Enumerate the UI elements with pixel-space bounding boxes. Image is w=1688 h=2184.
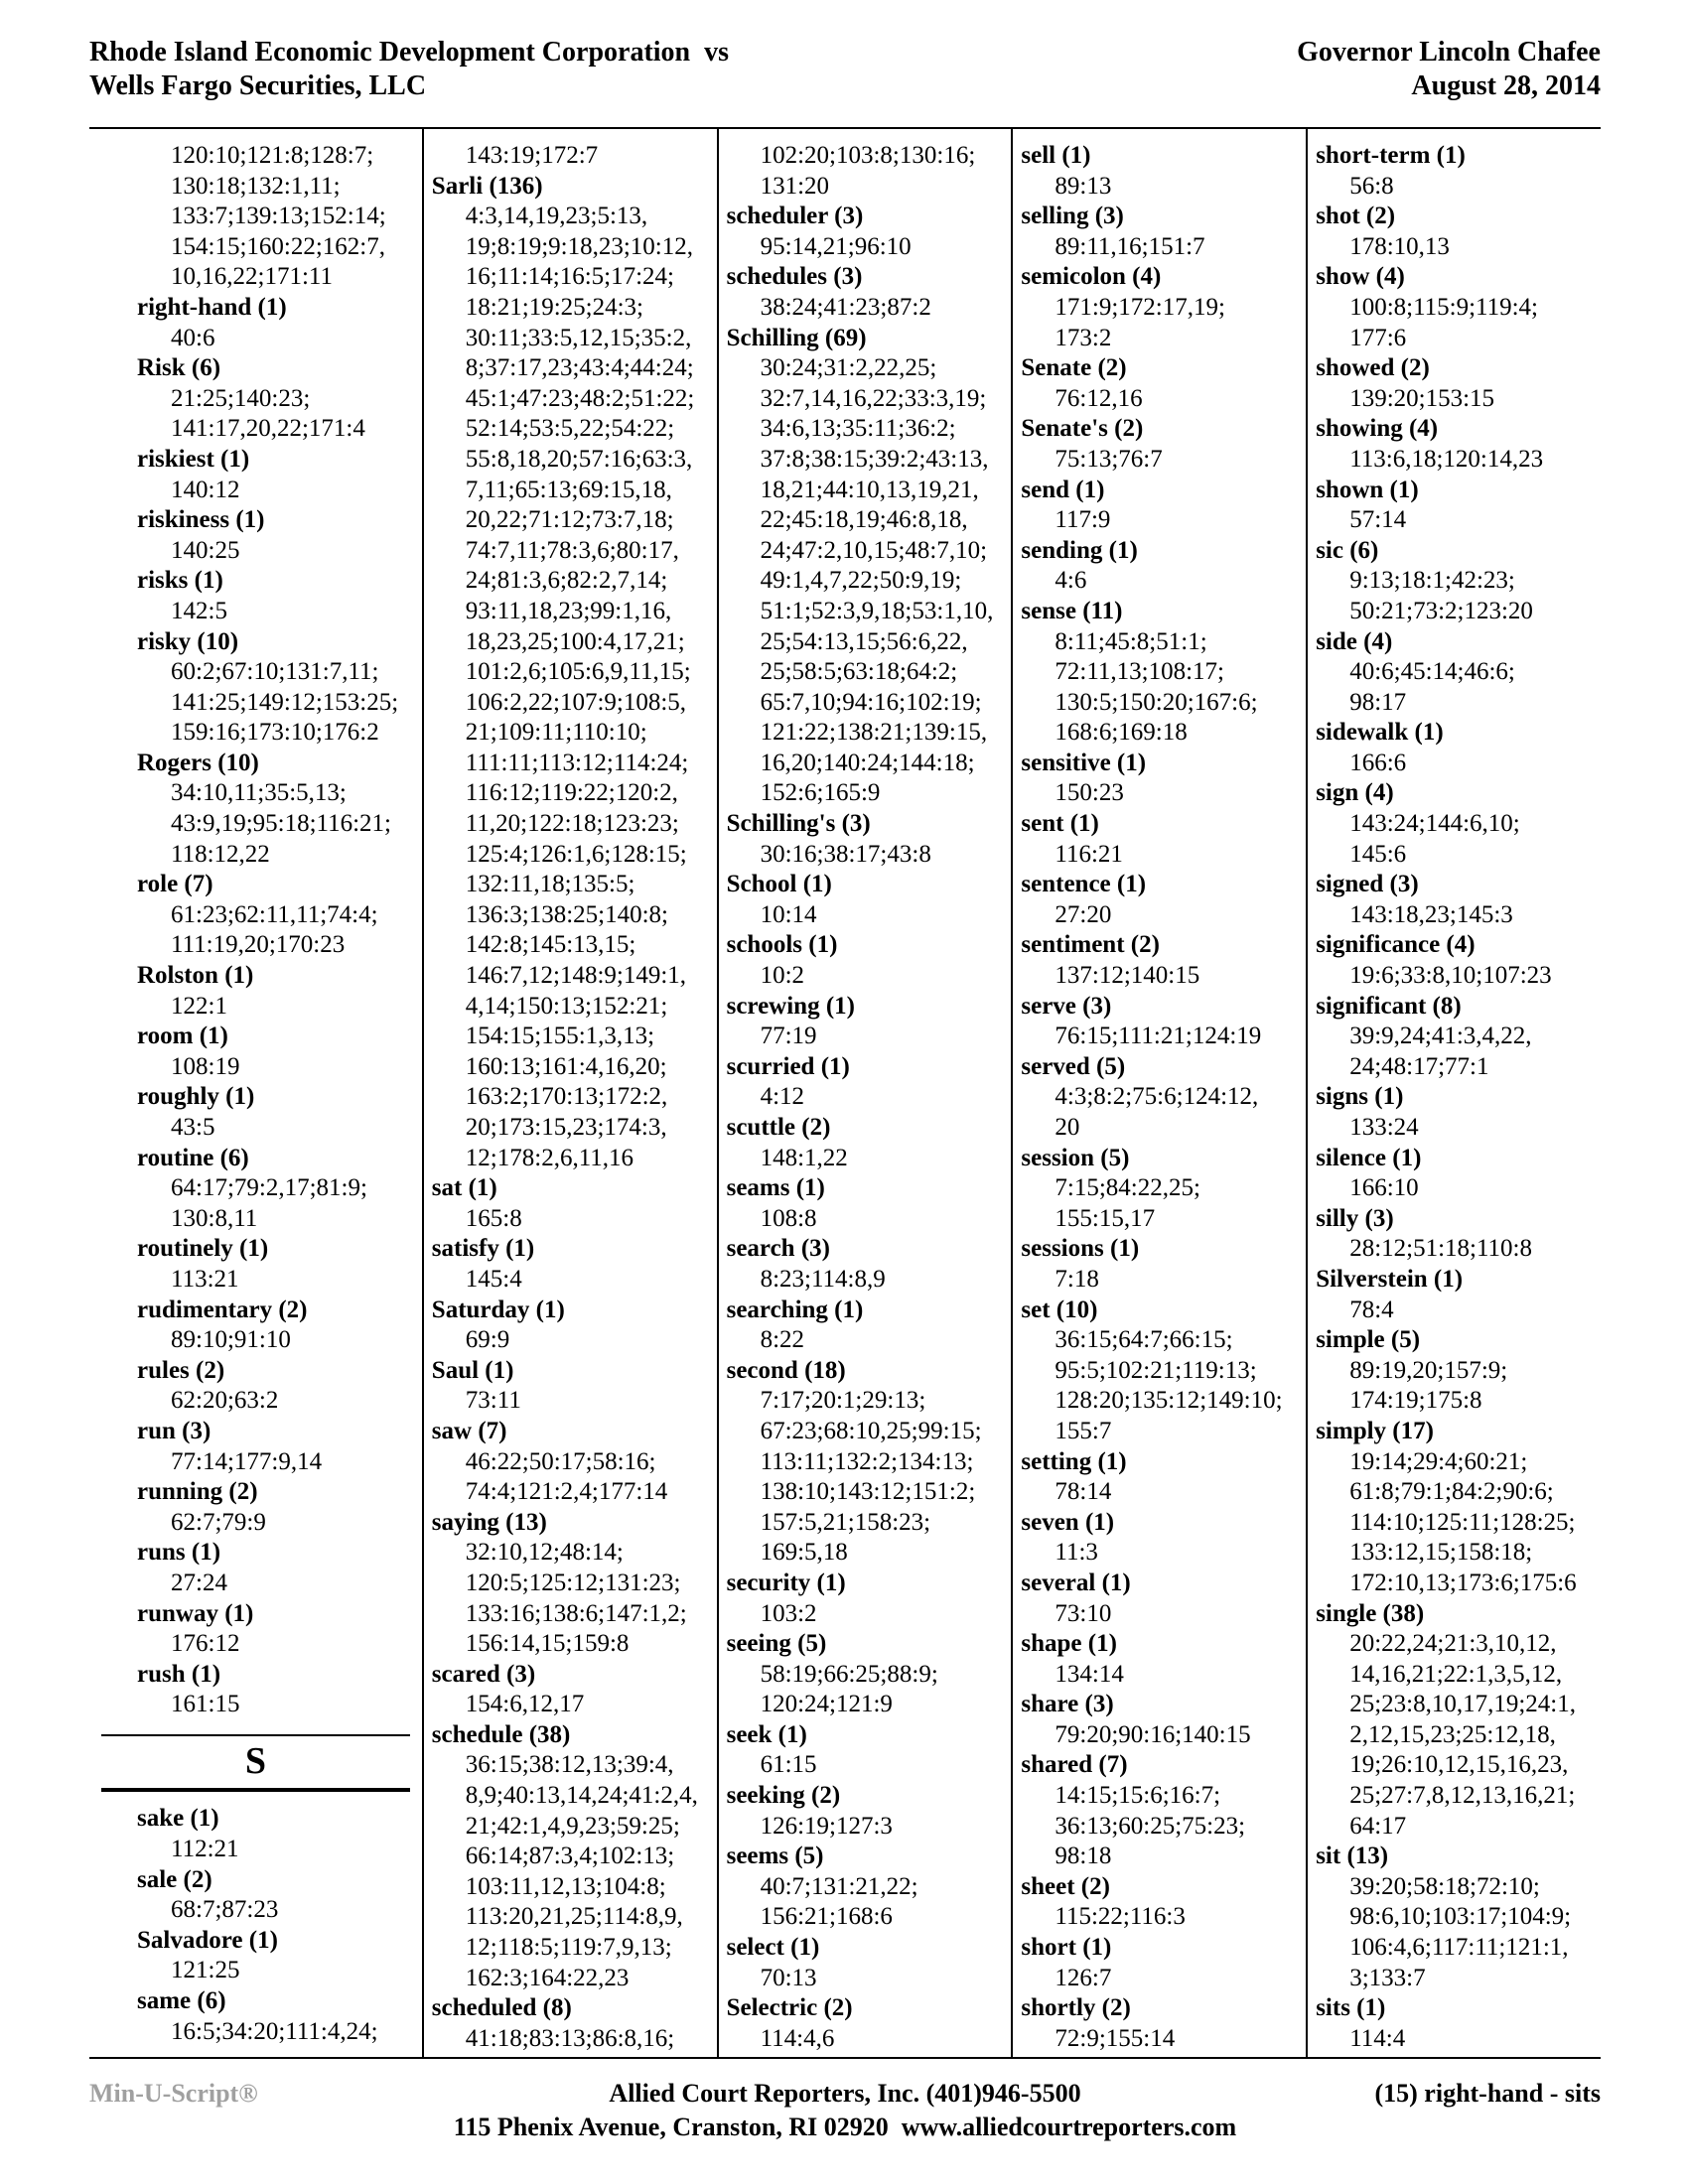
- entry-locators: 168:6;169:18: [1021, 718, 1304, 749]
- entry-locators: 130:5;150:20;167:6;: [1021, 688, 1304, 719]
- entry-word: shape (1): [1021, 1629, 1304, 1660]
- witness-name: Governor Lincoln Chafee: [1297, 36, 1601, 69]
- entry-locators: 140:25: [137, 536, 420, 567]
- index-entry: second (18)7:17;20:1;29:13;67:23;68:10,2…: [727, 1356, 1010, 1569]
- entry-locators: 10,16,22;171:11: [137, 262, 420, 293]
- entry-word: several (1): [1021, 1569, 1304, 1599]
- entry-locators: 128:20;135:12;149:10;: [1021, 1386, 1304, 1417]
- index-entry: Schilling (69)30:24;31:2,22,25;32:7,14,1…: [727, 324, 1010, 810]
- entry-locators: 10:14: [727, 900, 1010, 931]
- index-column-2: 143:19;172:7Sarli (136)4:3,14,19,23;5:13…: [424, 129, 719, 2057]
- index-entry: risks (1)142:5: [137, 566, 420, 626]
- entry-locators: 41:18;83:13;86:8,16;: [432, 2024, 715, 2055]
- entry-locators: 130:8,11: [137, 1204, 420, 1235]
- entry-locators: 166:10: [1316, 1173, 1599, 1204]
- entry-word: rules (2): [137, 1356, 420, 1387]
- entry-word: select (1): [727, 1933, 1010, 1964]
- entry-locators: 171:9;172:17,19;: [1021, 293, 1304, 324]
- entry-locators: 8:22: [727, 1325, 1010, 1356]
- entry-locators: 19;8:19;9:18,23;10:12,: [432, 232, 715, 263]
- entry-word: run (3): [137, 1417, 420, 1447]
- entry-locators: 4:12: [727, 1082, 1010, 1113]
- case-caption: Rhode Island Economic Development Corpor…: [89, 36, 729, 103]
- entry-locators: 4,14;150:13;152:21;: [432, 992, 715, 1023]
- entry-locators: 30:11;33:5,12,15;35:2,: [432, 324, 715, 354]
- entry-locators: 130:18;132:1,11;: [137, 172, 420, 203]
- entry-locators: 134:14: [1021, 1660, 1304, 1691]
- entry-locators: 16;11:14;16:5;17:24;: [432, 262, 715, 293]
- entry-locators: 174:19;175:8: [1316, 1386, 1599, 1417]
- entry-locators: 78:14: [1021, 1477, 1304, 1508]
- entry-locators: 154:6,12,17: [432, 1690, 715, 1720]
- entry-locators: 8,9;40:13,14,24;41:2,4,: [432, 1781, 715, 1812]
- index-entry: single (38)20:22,24;21:3,10,12,14,16,21;…: [1316, 1599, 1599, 1843]
- entry-word: sic (6): [1316, 536, 1599, 567]
- index-entry: Senate's (2)75:13;76:7: [1021, 414, 1304, 475]
- entry-word: room (1): [137, 1022, 420, 1052]
- entry-locators: 18:21;19:25;24:3;: [432, 293, 715, 324]
- entry-locators: 43:5: [137, 1113, 420, 1144]
- index-entry: scurried (1)4:12: [727, 1052, 1010, 1113]
- entry-locators: 126:19;127:3: [727, 1812, 1010, 1843]
- index-entry: short (1)126:7: [1021, 1933, 1304, 1993]
- index-entry: seven (1)11:3: [1021, 1508, 1304, 1569]
- entry-locators: 155:7: [1021, 1417, 1304, 1447]
- entry-word: Rogers (10): [137, 749, 420, 779]
- entry-locators: 38:24;41:23;87:2: [727, 293, 1010, 324]
- entry-locators: 75:13;76:7: [1021, 445, 1304, 476]
- index-entry: signed (3)143:18,23;145:3: [1316, 870, 1599, 930]
- index-entry: setting (1)78:14: [1021, 1447, 1304, 1508]
- entry-word: silly (3): [1316, 1204, 1599, 1235]
- entry-locators: 142:8;145:13,15;: [432, 930, 715, 961]
- index-entry: routinely (1)113:21: [137, 1234, 420, 1295]
- witness-caption: Governor Lincoln Chafee August 28, 2014: [1297, 36, 1601, 103]
- entry-locators: 150:23: [1021, 778, 1304, 809]
- entry-locators: 77:14;177:9,14: [137, 1447, 420, 1478]
- entry-word: sentence (1): [1021, 870, 1304, 900]
- entry-locators: 133:24: [1316, 1113, 1599, 1144]
- entry-locators: 176:12: [137, 1629, 420, 1660]
- entry-locators: 100:8;115:9;119:4;: [1316, 293, 1599, 324]
- entry-locators: 34:10,11;35:5,13;: [137, 778, 420, 809]
- entry-word: selling (3): [1021, 202, 1304, 232]
- entry-locators: 120:10;121:8;128:7;: [137, 141, 420, 172]
- entry-locators: 161:15: [137, 1690, 420, 1720]
- index-entry: Rogers (10)34:10,11;35:5,13;43:9,19;95:1…: [137, 749, 420, 870]
- index-entry: security (1)103:2: [727, 1569, 1010, 1629]
- entry-locators: 145:4: [432, 1265, 715, 1296]
- entry-word: risky (10): [137, 627, 420, 658]
- index-entry: seeking (2)126:19;127:3: [727, 1781, 1010, 1842]
- entry-locators: 172:10,13;173:6;175:6: [1316, 1569, 1599, 1599]
- index-entry: School (1)10:14: [727, 870, 1010, 930]
- entry-locators: 101:2,6;105:6,9,11,15;: [432, 657, 715, 688]
- entry-locators: 69:9: [432, 1325, 715, 1356]
- index-entry: routine (6)64:17;79:2,17;81:9;130:8,11: [137, 1144, 420, 1235]
- entry-word: show (4): [1316, 262, 1599, 293]
- entry-locators: 160:13;161:4,16,20;: [432, 1052, 715, 1083]
- entry-word: seeing (5): [727, 1629, 1010, 1660]
- entry-locators: 157:5,21;158:23;: [727, 1508, 1010, 1539]
- entry-locators: 156:21;168:6: [727, 1902, 1010, 1933]
- entry-word: riskiest (1): [137, 445, 420, 476]
- index-entry: roughly (1)43:5: [137, 1082, 420, 1143]
- index-entry: Salvadore (1)121:25: [137, 1926, 420, 1986]
- index-entry: shown (1)57:14: [1316, 476, 1599, 536]
- entry-word: showed (2): [1316, 353, 1599, 384]
- index-entry: same (6)16:5;34:20;111:4,24;: [137, 1986, 420, 2047]
- entry-locators: 16:5;34:20;111:4,24;: [137, 2017, 420, 2048]
- entry-locators: 4:6: [1021, 566, 1304, 597]
- entry-locators: 89:11,16;151:7: [1021, 232, 1304, 263]
- entry-locators: 131:20: [727, 172, 1010, 203]
- entry-locators: 20;173:15,23;174:3,: [432, 1113, 715, 1144]
- entry-locators: 113:11;132:2;134:13;: [727, 1447, 1010, 1478]
- index-entry: sic (6)9:13;18:1;42:23;50:21;73:2;123:20: [1316, 536, 1599, 627]
- entry-locators: 70:13: [727, 1964, 1010, 1994]
- entry-locators: 64:17: [1316, 1812, 1599, 1843]
- entry-locators: 64:17;79:2,17;81:9;: [137, 1173, 420, 1204]
- entry-locators: 116:21: [1021, 840, 1304, 871]
- entry-locators: 95:14,21;96:10: [727, 232, 1010, 263]
- entry-locators: 140:12: [137, 476, 420, 506]
- index-entry: silence (1)166:10: [1316, 1144, 1599, 1204]
- entry-locators: 106:4,6;117:11;121:1,: [1316, 1933, 1599, 1964]
- entry-word: searching (1): [727, 1296, 1010, 1326]
- entry-word: Schilling's (3): [727, 809, 1010, 840]
- index-entry: share (3)79:20;90:16;140:15: [1021, 1690, 1304, 1750]
- entry-locators: 25;27:7,8,12,13,16,21;: [1316, 1781, 1599, 1812]
- index-continuation: 120:10;121:8;128:7;130:18;132:1,11;133:7…: [137, 141, 420, 293]
- entry-locators: 25;58:5;63:18;64:2;: [727, 657, 1010, 688]
- entry-word: setting (1): [1021, 1447, 1304, 1478]
- entry-locators: 89:13: [1021, 172, 1304, 203]
- entry-word: seams (1): [727, 1173, 1010, 1204]
- index-entry: riskiest (1)140:12: [137, 445, 420, 505]
- entry-word: Saturday (1): [432, 1296, 715, 1326]
- index-entry: sense (11)8:11;45:8;51:1;72:11,13;108:17…: [1021, 597, 1304, 749]
- index-entry: Risk (6)21:25;140:23;141:17,20,22;171:4: [137, 353, 420, 445]
- entry-locators: 2,12,15,23;25:12,18,: [1316, 1720, 1599, 1751]
- entry-locators: 173:2: [1021, 324, 1304, 354]
- entry-word: Senate (2): [1021, 353, 1304, 384]
- entry-locators: 34:6,13;35:11;36:2;: [727, 414, 1010, 445]
- entry-word: signed (3): [1316, 870, 1599, 900]
- index-column-5: short-term (1)56:8shot (2)178:10,13show …: [1308, 129, 1601, 2057]
- entry-locators: 165:8: [432, 1204, 715, 1235]
- index-entry: right-hand (1)40:6: [137, 293, 420, 353]
- entry-word: runs (1): [137, 1538, 420, 1569]
- entry-locators: 141:25;149:12;153:25;: [137, 688, 420, 719]
- index-entry: sell (1)89:13: [1021, 141, 1304, 202]
- entry-word: sense (11): [1021, 597, 1304, 627]
- entry-locators: 68:7;87:23: [137, 1895, 420, 1926]
- index-entry: sending (1)4:6: [1021, 536, 1304, 597]
- index-entry: short-term (1)56:8: [1316, 141, 1599, 202]
- entry-locators: 155:15,17: [1021, 1204, 1304, 1235]
- index-entry: semicolon (4)171:9;172:17,19;173:2: [1021, 262, 1304, 353]
- index-entry: saying (13)32:10,12;48:14;120:5;125:12;1…: [432, 1508, 715, 1660]
- entry-word: shown (1): [1316, 476, 1599, 506]
- entry-locators: 121:25: [137, 1956, 420, 1986]
- entry-locators: 50:21;73:2;123:20: [1316, 597, 1599, 627]
- entry-locators: 113:20,21,25;114:8,9,: [432, 1902, 715, 1933]
- entry-locators: 159:16;173:10;176:2: [137, 718, 420, 749]
- entry-word: sentiment (2): [1021, 930, 1304, 961]
- entry-locators: 22;45:18,19;46:8,18,: [727, 505, 1010, 536]
- index-entry: saw (7)46:22;50:17;58:16;74:4;121:2,4;17…: [432, 1417, 715, 1508]
- entry-locators: 36:13;60:25;75:23;: [1021, 1812, 1304, 1843]
- index-entry: Selectric (2)114:4,6: [727, 1993, 1010, 2054]
- entry-locators: 118:12,22: [137, 840, 420, 871]
- index-entry: run (3)77:14;177:9,14: [137, 1417, 420, 1477]
- entry-word: sessions (1): [1021, 1234, 1304, 1265]
- entry-locators: 67:23;68:10,25;99:15;: [727, 1417, 1010, 1447]
- entry-locators: 116:12;119:22;120:2,: [432, 778, 715, 809]
- entry-locators: 163:2;170:13;172:2,: [432, 1082, 715, 1113]
- entry-word: sat (1): [432, 1173, 715, 1204]
- index-entry: Sarli (136)4:3,14,19,23;5:13,19;8:19;9:1…: [432, 172, 715, 1174]
- case-caption-line2: Wells Fargo Securities, LLC: [89, 69, 729, 103]
- entry-locators: 4:3,14,19,23;5:13,: [432, 202, 715, 232]
- entry-locators: 89:10;91:10: [137, 1325, 420, 1356]
- index-entry: seams (1)108:8: [727, 1173, 1010, 1234]
- entry-locators: 73:11: [432, 1386, 715, 1417]
- entry-locators: 28:12;51:18;110:8: [1316, 1234, 1599, 1265]
- index-continuation: 143:19;172:7: [432, 141, 715, 172]
- entry-locators: 156:14,15;159:8: [432, 1629, 715, 1660]
- index-entry: silly (3)28:12;51:18;110:8: [1316, 1204, 1599, 1265]
- entry-word: seems (5): [727, 1842, 1010, 1872]
- index-entry: running (2)62:7;79:9: [137, 1477, 420, 1538]
- entry-word: serve (3): [1021, 992, 1304, 1023]
- entry-word: Sarli (136): [432, 172, 715, 203]
- entry-word: seek (1): [727, 1720, 1010, 1751]
- entry-locators: 111:19,20;170:23: [137, 930, 420, 961]
- entry-locators: 40:7;131:21,22;: [727, 1872, 1010, 1903]
- entry-word: screwing (1): [727, 992, 1010, 1023]
- entry-locators: 133:7;139:13;152:14;: [137, 202, 420, 232]
- entry-locators: 8:23;114:8,9: [727, 1265, 1010, 1296]
- entry-word: scuttle (2): [727, 1113, 1010, 1144]
- index-entry: Silverstein (1)78:4: [1316, 1265, 1599, 1325]
- index-entry: shortly (2)72:9;155:14: [1021, 1993, 1304, 2054]
- index-entry: Rolston (1)122:1: [137, 961, 420, 1022]
- index-entry: sake (1)112:21: [137, 1804, 420, 1864]
- entry-word: routine (6): [137, 1144, 420, 1174]
- entry-locators: 178:10,13: [1316, 232, 1599, 263]
- index-entry: simply (17)19:14;29:4;60:21;61:8;79:1;84…: [1316, 1417, 1599, 1599]
- index-entry: showed (2)139:20;153:15: [1316, 353, 1599, 414]
- entry-locators: 60:2;67:10;131:7,11;: [137, 657, 420, 688]
- entry-locators: 39:9,24;41:3,4,22,: [1316, 1022, 1599, 1052]
- section-divider-s: S: [101, 1734, 410, 1793]
- entry-locators: 4:3;8:2;75:6;124:12,: [1021, 1082, 1304, 1113]
- index-entry: send (1)117:9: [1021, 476, 1304, 536]
- index-entry: sensitive (1)150:23: [1021, 749, 1304, 809]
- index-entry: shared (7)14:15;15:6;16:7;36:13;60:25;75…: [1021, 1750, 1304, 1871]
- index-entry: rudimentary (2)89:10;91:10: [137, 1296, 420, 1356]
- entry-locators: 121:22;138:21;139:15,: [727, 718, 1010, 749]
- entry-word: schedule (38): [432, 1720, 715, 1751]
- index-entry: sidewalk (1)166:6: [1316, 718, 1599, 778]
- entry-locators: 45:1;47:23;48:2;51:22;: [432, 384, 715, 415]
- page-number-range: (15) right-hand - sits: [1374, 2079, 1601, 2109]
- index-entry: riskiness (1)140:25: [137, 505, 420, 566]
- index-entry: Saul (1)73:11: [432, 1356, 715, 1417]
- entry-locators: 169:5,18: [727, 1538, 1010, 1569]
- index-entry: select (1)70:13: [727, 1933, 1010, 1993]
- entry-word: simple (5): [1316, 1325, 1599, 1356]
- entry-word: schools (1): [727, 930, 1010, 961]
- entry-locators: 98:18: [1021, 1842, 1304, 1872]
- index-entry: shot (2)178:10,13: [1316, 202, 1599, 262]
- entry-locators: 74:7,11;78:3,6;80:17,: [432, 536, 715, 567]
- index-entry: show (4)100:8;115:9;119:4;177:6: [1316, 262, 1599, 353]
- entry-locators: 25;23:8,10,17,19;24:1,: [1316, 1690, 1599, 1720]
- entry-locators: 114:4,6: [727, 2024, 1010, 2055]
- entry-locators: 30:24;31:2,22,25;: [727, 353, 1010, 384]
- index-entry: scared (3)154:6,12,17: [432, 1660, 715, 1720]
- index-entry: seeing (5)58:19;66:25;88:9;120:24;121:9: [727, 1629, 1010, 1720]
- entry-locators: 61:23;62:11,11;74:4;: [137, 900, 420, 931]
- index-entry: simple (5)89:19,20;157:9;174:19;175:8: [1316, 1325, 1599, 1417]
- entry-locators: 89:19,20;157:9;: [1316, 1356, 1599, 1387]
- entry-locators: 46:22;50:17;58:16;: [432, 1447, 715, 1478]
- index-entry: signs (1)133:24: [1316, 1082, 1599, 1143]
- entry-locators: 49:1,4,7,22;50:9,19;: [727, 566, 1010, 597]
- entry-word: saw (7): [432, 1417, 715, 1447]
- index-entry: schedules (3)38:24;41:23;87:2: [727, 262, 1010, 323]
- entry-locators: 108:8: [727, 1204, 1010, 1235]
- entry-locators: 39:20;58:18;72:10;: [1316, 1872, 1599, 1903]
- index-column-1: 120:10;121:8;128:7;130:18;132:1,11;133:7…: [89, 129, 424, 2057]
- entry-locators: 7:18: [1021, 1265, 1304, 1296]
- entry-locators: 30:16;38:17;43:8: [727, 840, 1010, 871]
- entry-locators: 77:19: [727, 1022, 1010, 1052]
- entry-locators: 98:17: [1316, 688, 1599, 719]
- entry-word: shared (7): [1021, 1750, 1304, 1781]
- entry-word: sake (1): [137, 1804, 420, 1835]
- index-entry: sign (4)143:24;144:6,10;145:6: [1316, 778, 1599, 870]
- entry-locators: 106:2,22;107:9;108:5,: [432, 688, 715, 719]
- entry-locators: 137:12;140:15: [1021, 961, 1304, 992]
- entry-locators: 7,11;65:13;69:15,18,: [432, 476, 715, 506]
- entry-locators: 8;37:17,23;43:4;44:24;: [432, 353, 715, 384]
- entry-locators: 14:15;15:6;16:7;: [1021, 1781, 1304, 1812]
- index-entry: role (7)61:23;62:11,11;74:4;111:19,20;17…: [137, 870, 420, 961]
- entry-word: second (18): [727, 1356, 1010, 1387]
- entry-locators: 154:15;155:1,3,13;: [432, 1022, 715, 1052]
- entry-locators: 120:24;121:9: [727, 1690, 1010, 1720]
- index-column-3: 102:20;103:8;130:16;131:20scheduler (3)9…: [719, 129, 1014, 2057]
- index-entry: sits (1)114:4: [1316, 1993, 1599, 2054]
- entry-locators: 61:8;79:1;84:2;90:6;: [1316, 1477, 1599, 1508]
- index-entry: selling (3)89:11,16;151:7: [1021, 202, 1304, 262]
- index-entry: sale (2)68:7;87:23: [137, 1865, 420, 1926]
- entry-word: Schilling (69): [727, 324, 1010, 354]
- entry-locators: 113:21: [137, 1265, 420, 1296]
- entry-locators: 72:9;155:14: [1021, 2024, 1304, 2055]
- entry-locators: 21;42:1,4,9,23;59:25;: [432, 1812, 715, 1843]
- entry-word: Salvadore (1): [137, 1926, 420, 1957]
- entry-word: Risk (6): [137, 353, 420, 384]
- entry-locators: 78:4: [1316, 1296, 1599, 1326]
- entry-locators: 93:11,18,23;99:1,16,: [432, 597, 715, 627]
- case-caption-line1: Rhode Island Economic Development Corpor…: [89, 36, 729, 69]
- entry-locators: 52:14;53:5,22;54:22;: [432, 414, 715, 445]
- entry-locators: 25;54:13,15;56:6,22,: [727, 627, 1010, 658]
- entry-locators: 19:14;29:4;60:21;: [1316, 1447, 1599, 1478]
- entry-locators: 115:22;116:3: [1021, 1902, 1304, 1933]
- entry-locators: 117:9: [1021, 505, 1304, 536]
- entry-word: sent (1): [1021, 809, 1304, 840]
- entry-locators: 141:17,20,22;171:4: [137, 414, 420, 445]
- index-entry: significance (4)19:6;33:8,10;107:23: [1316, 930, 1599, 991]
- entry-locators: 12;118:5;119:7,9,13;: [432, 1933, 715, 1964]
- entry-word: sending (1): [1021, 536, 1304, 567]
- entry-word: significant (8): [1316, 992, 1599, 1023]
- entry-locators: 177:6: [1316, 324, 1599, 354]
- entry-locators: 43:9,19;95:18;116:21;: [137, 809, 420, 840]
- entry-locators: 27:20: [1021, 900, 1304, 931]
- entry-word: side (4): [1316, 627, 1599, 658]
- index-entry: searching (1)8:22: [727, 1296, 1010, 1356]
- entry-locators: 12;178:2,6,11,16: [432, 1144, 715, 1174]
- index-entry: sent (1)116:21: [1021, 809, 1304, 870]
- entry-locators: 143:24;144:6,10;: [1316, 809, 1599, 840]
- entry-word: security (1): [727, 1569, 1010, 1599]
- entry-locators: 18,23,25;100:4,17,21;: [432, 627, 715, 658]
- entry-word: significance (4): [1316, 930, 1599, 961]
- entry-locators: 7:17;20:1;29:13;: [727, 1386, 1010, 1417]
- entry-word: search (3): [727, 1234, 1010, 1265]
- entry-locators: 32:7,14,16,22;33:3,19;: [727, 384, 1010, 415]
- entry-locators: 11,20;122:18;123:23;: [432, 809, 715, 840]
- page-header: Rhode Island Economic Development Corpor…: [89, 36, 1601, 103]
- entry-word: right-hand (1): [137, 293, 420, 324]
- entry-locators: 142:5: [137, 597, 420, 627]
- entry-word: seven (1): [1021, 1508, 1304, 1539]
- entry-locators: 103:11,12,13;104:8;: [432, 1872, 715, 1903]
- entry-locators: 125:4;126:1,6;128:15;: [432, 840, 715, 871]
- index-entry: scheduler (3)95:14,21;96:10: [727, 202, 1010, 262]
- entry-locators: 133:12,15;158:18;: [1316, 1538, 1599, 1569]
- entry-locators: 76:15;111:21;124:19: [1021, 1022, 1304, 1052]
- index-entry: runs (1)27:24: [137, 1538, 420, 1598]
- entry-word: schedules (3): [727, 262, 1010, 293]
- entry-locators: 95:5;102:21;119:13;: [1021, 1356, 1304, 1387]
- index-entry: several (1)73:10: [1021, 1569, 1304, 1629]
- entry-word: shortly (2): [1021, 1993, 1304, 2024]
- entry-locators: 19;26:10,12,15,16,23,: [1316, 1750, 1599, 1781]
- entry-locators: 51:1;52:3,9,18;53:1,10,: [727, 597, 1010, 627]
- entry-locators: 73:10: [1021, 1599, 1304, 1630]
- entry-locators: 65:7,10;94:16;102:19;: [727, 688, 1010, 719]
- entry-locators: 40:6;45:14;46:6;: [1316, 657, 1599, 688]
- index-entry: session (5)7:15;84:22,25;155:15,17: [1021, 1144, 1304, 1235]
- entry-locators: 111:11;113:12;114:24;: [432, 749, 715, 779]
- entry-word: Senate's (2): [1021, 414, 1304, 445]
- entry-word: satisfy (1): [432, 1234, 715, 1265]
- entry-word: runway (1): [137, 1599, 420, 1630]
- entry-locators: 20:22,24;21:3,10,12,: [1316, 1629, 1599, 1660]
- entry-locators: 66:14;87:3,4;102:13;: [432, 1842, 715, 1872]
- entry-word: Selectric (2): [727, 1993, 1010, 2024]
- entry-locators: 9:13;18:1;42:23;: [1316, 566, 1599, 597]
- index-entry: room (1)108:19: [137, 1022, 420, 1082]
